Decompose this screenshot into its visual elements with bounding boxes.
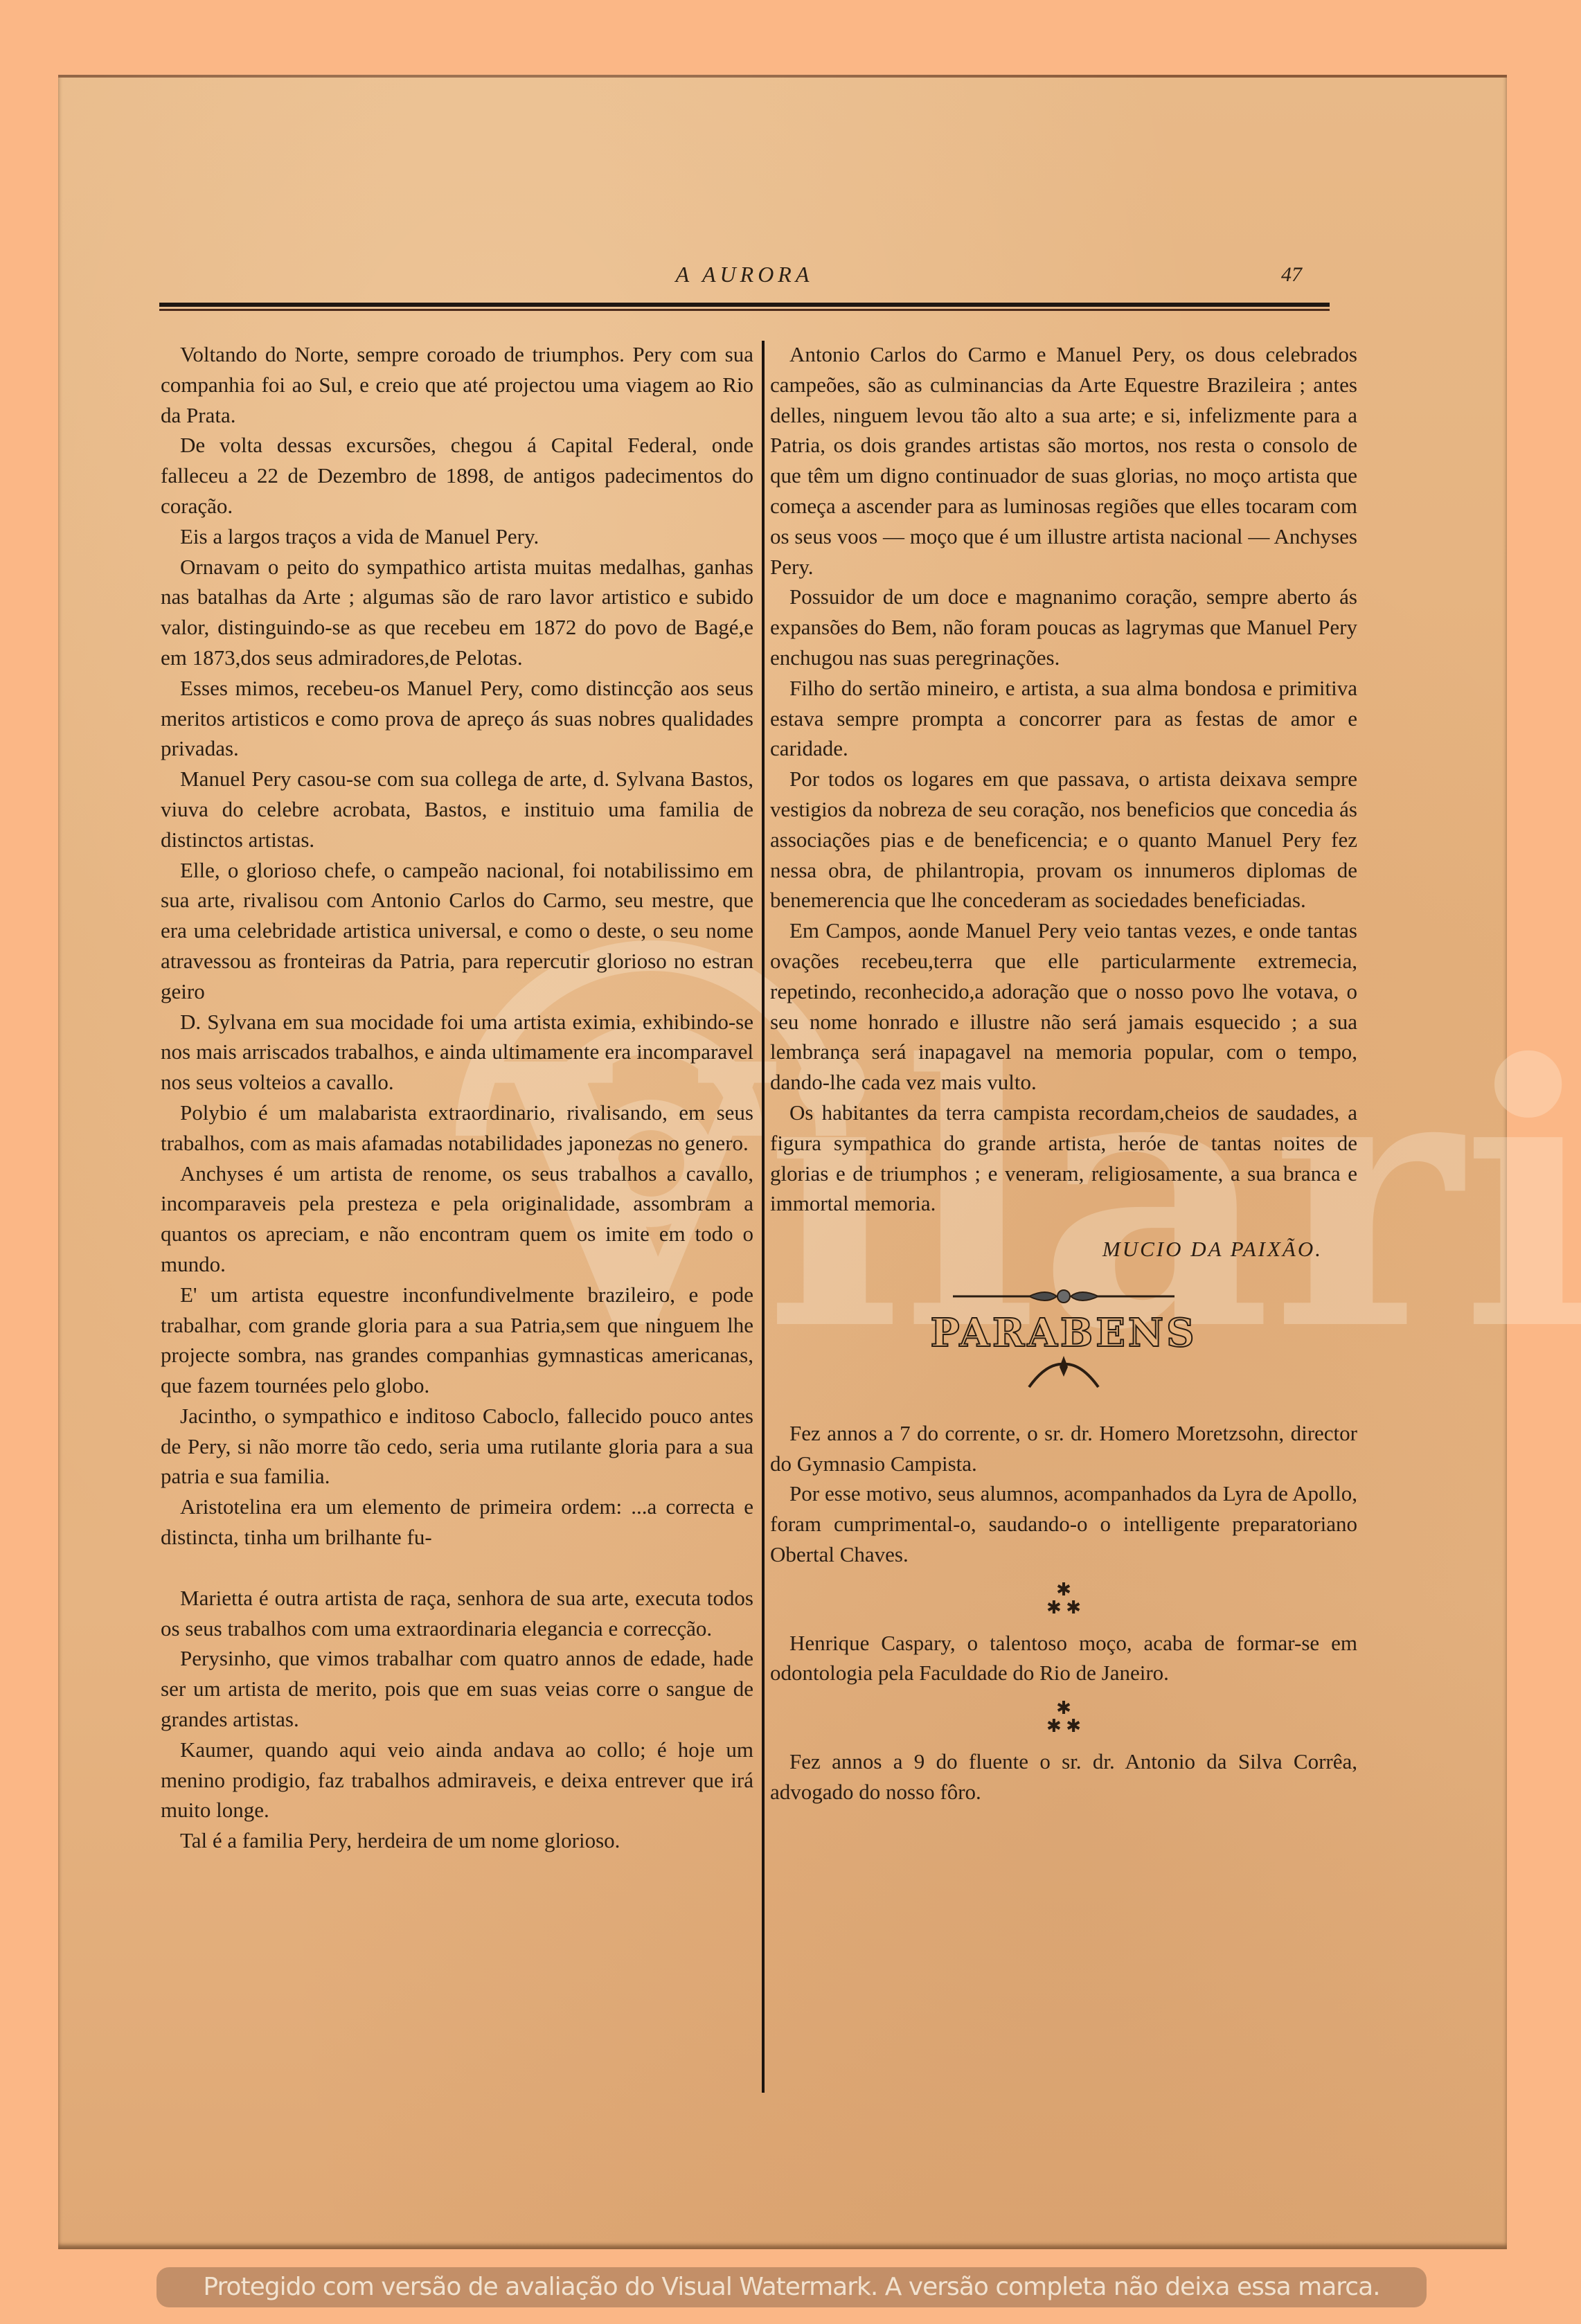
paragraph: Polybio é um malabarista extraordinario,…: [161, 1098, 753, 1159]
paragraph: De volta dessas excursões, chegou á Capi…: [161, 430, 753, 521]
column-divider: [762, 341, 765, 2093]
header-double-rule: [159, 303, 1330, 312]
left-column: Voltando do Norte, sempre coroado de tri…: [161, 339, 753, 1856]
page-header: A AURORA 47: [159, 262, 1330, 296]
arch-ornament-icon: [770, 1356, 1357, 1391]
paragraph: Filho do sertão mineiro, e artista, a su…: [770, 673, 1357, 764]
newspaper-title: A AURORA: [159, 262, 1330, 287]
divider-ornament-icon: [770, 1288, 1357, 1305]
paragraph: Os habitantes da terra campista recordam…: [770, 1098, 1357, 1219]
paragraph: Henrique Caspary, o talentoso moço, acab…: [770, 1628, 1357, 1689]
section-heading: PARABENS: [770, 1319, 1357, 1349]
paragraph: Elle, o glorioso chefe, o campeão nacion…: [161, 855, 753, 1007]
page-number: 47: [1281, 263, 1302, 287]
paragraph: Tal é a familia Pery, herdeira de um nom…: [161, 1825, 753, 1856]
watermark-notice: Protegido com versão de avaliação do Vis…: [157, 2267, 1427, 2307]
paragraph: Por esse motivo, seus alumnos, acompanha…: [770, 1478, 1357, 1569]
paragraph: Eis a largos traços a vida de Manuel Per…: [161, 521, 753, 552]
paragraph: D. Sylvana em sua mocidade foi uma artis…: [161, 1007, 753, 1098]
paragraph: Fez annos a 7 do corrente, o sr. dr. Hom…: [770, 1418, 1357, 1479]
paragraph: Por todos os logares em que passava, o a…: [770, 764, 1357, 915]
author-signature: MUCIO DA PAIXÃO.: [770, 1234, 1357, 1264]
paragraph: E' um artista equestre inconfundivelment…: [161, 1280, 753, 1401]
paragraph: Fez annos a 9 do fluente o sr. dr. Anton…: [770, 1746, 1357, 1807]
paragraph: Kaumer, quando aqui veio ainda andava ao…: [161, 1735, 753, 1825]
paragraph: Ornavam o peito do sympathico artista mu…: [161, 552, 753, 673]
paragraph: Manuel Pery casou-se com sua collega de …: [161, 764, 753, 855]
paragraph: Em Campos, aonde Manuel Pery veio tantas…: [770, 915, 1357, 1098]
paragraph: Aristotelina era um elemento de primeira…: [161, 1492, 753, 1553]
right-column: Antonio Carlos do Carmo e Manuel Pery, o…: [770, 339, 1357, 1807]
paragraph: Jacintho, o sympathico e inditoso Cabocl…: [161, 1401, 753, 1492]
paragraph: Marietta é outra artista de raça, senhor…: [161, 1583, 753, 1644]
paragraph: Anchyses é um artista de renome, os seus…: [161, 1159, 753, 1280]
asterism-icon: ✱✱ ✱: [770, 1699, 1357, 1735]
paragraph: Esses mimos, recebeu-os Manuel Pery, com…: [161, 673, 753, 764]
paragraph: Possuidor de um doce e magnanimo coração…: [770, 582, 1357, 672]
asterism-icon: ✱✱ ✱: [770, 1581, 1357, 1617]
paragraph: Voltando do Norte, sempre coroado de tri…: [161, 339, 753, 430]
paragraph: Perysinho, que vimos trabalhar com quatr…: [161, 1643, 753, 1734]
paragraph: Antonio Carlos do Carmo e Manuel Pery, o…: [770, 339, 1357, 582]
